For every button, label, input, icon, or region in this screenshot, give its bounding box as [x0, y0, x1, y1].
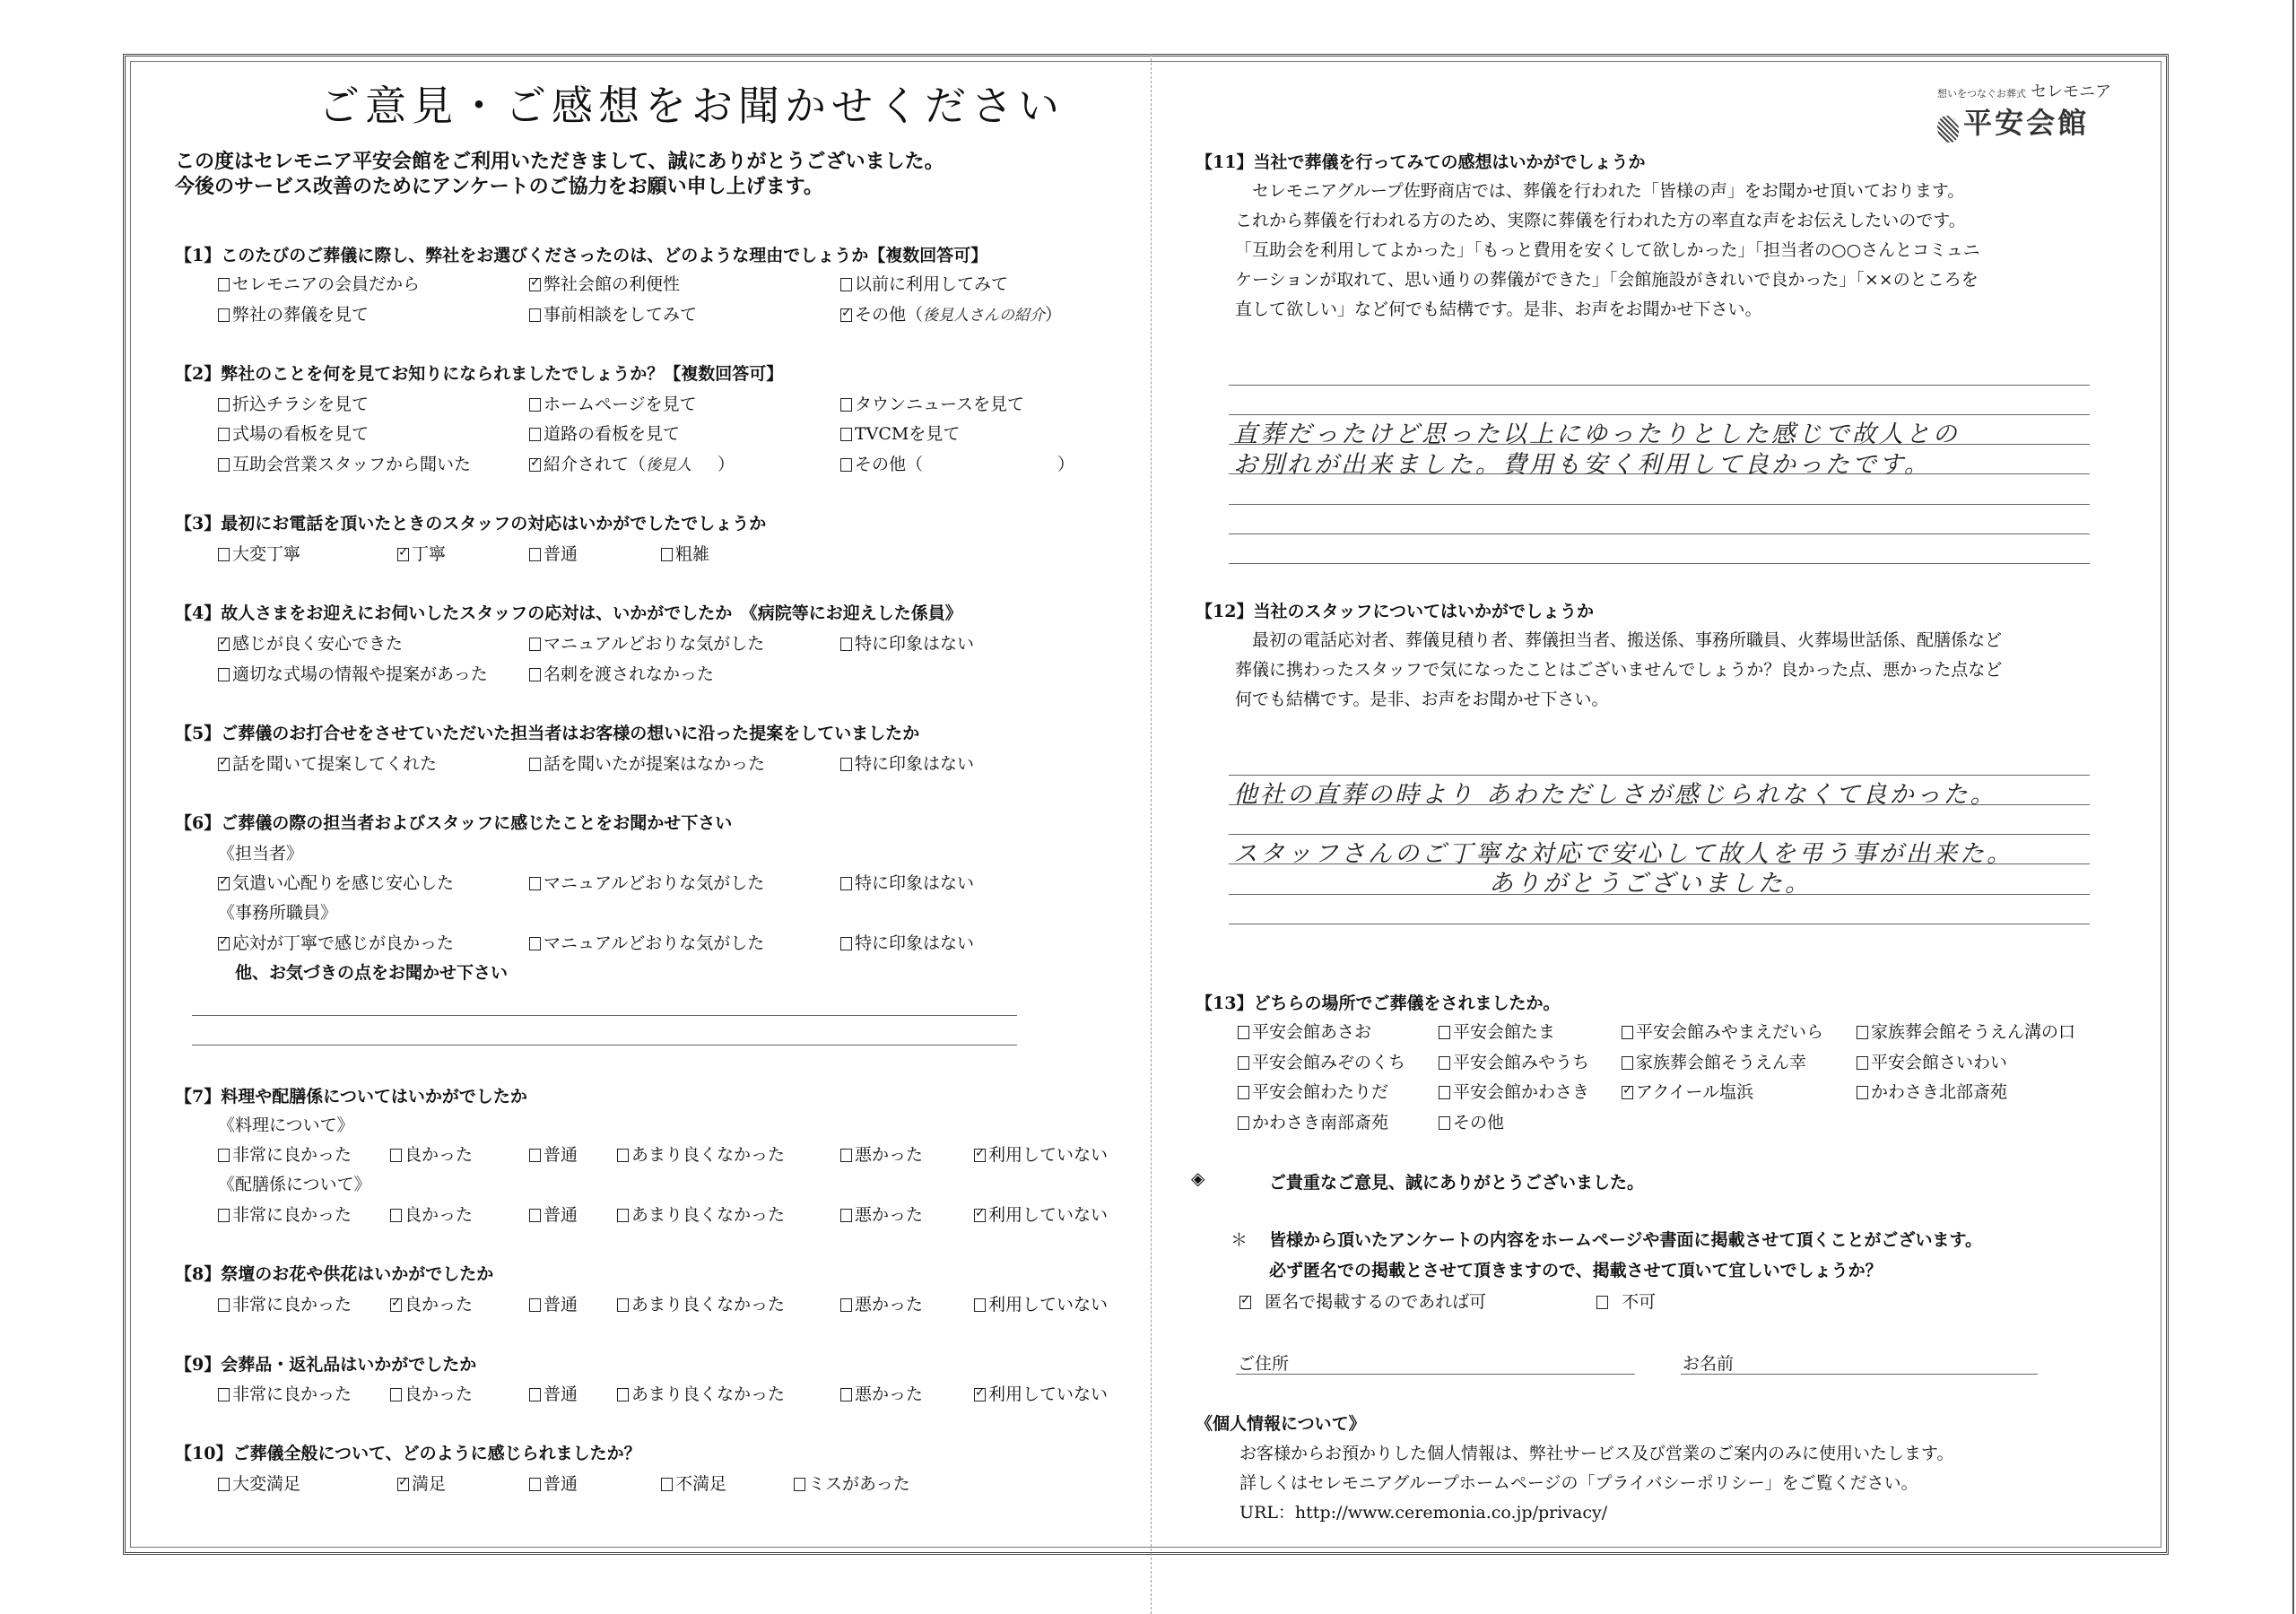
- q2-option-referral[interactable]: 紹介されて（後見人）: [529, 451, 735, 475]
- q3-option[interactable]: 大変丁寧: [218, 541, 300, 565]
- checkbox-checked-icon[interactable]: [529, 278, 541, 291]
- diamond-bullet-icon: ◈: [1191, 1167, 1205, 1189]
- q9-option[interactable]: 悪かった: [840, 1381, 923, 1405]
- q6-other-prompt: 他、お気づきの点をお聞かせ下さい: [235, 959, 508, 984]
- checkbox-icon[interactable]: [840, 1149, 852, 1162]
- checkbox-icon[interactable]: [390, 1388, 402, 1401]
- checkbox-icon[interactable]: [1238, 1026, 1249, 1039]
- q12-answer-line[interactable]: [1229, 924, 2090, 924]
- q1-heading: 【1】このたびのご葬儀に際し、弊社をお選びくださったのは、どのような理由でしょう…: [175, 242, 987, 266]
- q8-option[interactable]: 利用していない: [974, 1291, 1108, 1315]
- checkbox-icon[interactable]: [218, 668, 230, 681]
- q13-option[interactable]: 家族葬会館そうえん幸: [1622, 1049, 1806, 1073]
- q10-heading: 【10】ご葬儀全般について、どのように感じられましたか？: [175, 1440, 641, 1464]
- checkbox-icon[interactable]: [529, 937, 541, 950]
- q11-answer-line[interactable]: [1229, 385, 2090, 386]
- checkbox-icon[interactable]: [617, 1298, 629, 1312]
- q7-option[interactable]: 非常に良かった: [218, 1202, 352, 1226]
- q4-option[interactable]: 感じが良く安心できた: [218, 630, 403, 655]
- q7-option[interactable]: 利用していない: [974, 1202, 1108, 1226]
- q7-option[interactable]: 悪かった: [840, 1141, 923, 1166]
- checkbox-icon[interactable]: [1857, 1086, 1868, 1099]
- privacy-heading: 《個人情報について》: [1196, 1410, 1366, 1435]
- logo-name: 平安会館: [1963, 106, 2089, 140]
- q9-option[interactable]: 非常に良かった: [218, 1381, 352, 1405]
- q7-option[interactable]: 良かった: [390, 1202, 473, 1226]
- q7-option[interactable]: あまり良くなかった: [617, 1202, 785, 1226]
- privacy-line-1: お客様からお預かりした個人情報は、弊社サービス及び営業のご案内のみに使用いたしま…: [1239, 1440, 1953, 1464]
- checkbox-icon[interactable]: [840, 877, 852, 890]
- checkbox-icon[interactable]: [529, 428, 541, 441]
- publish-consent-line-2: 必ず匿名での掲載とさせて頂きますので、掲載させて頂いて宜しいでしょうか？: [1269, 1257, 1883, 1281]
- q9-option[interactable]: あまり良くなかった: [617, 1381, 785, 1405]
- checkbox-icon[interactable]: [840, 937, 852, 950]
- q7-option[interactable]: あまり良くなかった: [617, 1141, 785, 1166]
- q13-option[interactable]: 平安会館さいわい: [1857, 1049, 2007, 1073]
- address-field[interactable]: [1236, 1374, 1635, 1375]
- checkbox-icon[interactable]: [529, 758, 541, 771]
- q6-option[interactable]: 特に印象はない: [840, 930, 974, 954]
- q6-option[interactable]: マニュアルどおりな気がした: [529, 870, 764, 894]
- checkbox-checked-icon[interactable]: [218, 877, 230, 890]
- page-fold-line: [1151, 54, 1152, 1614]
- q10-option[interactable]: 不満足: [661, 1471, 726, 1495]
- q8-option[interactable]: 普通: [529, 1291, 578, 1315]
- q2-option[interactable]: 互助会営業スタッフから聞いた: [218, 451, 471, 475]
- checkbox-icon[interactable]: [840, 1388, 852, 1401]
- checkbox-checked-icon[interactable]: [840, 308, 852, 322]
- checkbox-icon[interactable]: [218, 308, 230, 322]
- checkbox-checked-icon[interactable]: [218, 937, 230, 950]
- q6-answer-line[interactable]: [192, 1015, 1017, 1016]
- publish-option-refuse[interactable]: 不可: [1596, 1289, 1656, 1313]
- q11-heading: 【11】当社で葬儀を行ってみての感想はいかがでしょうか: [1196, 149, 1645, 173]
- checkbox-checked-icon[interactable]: [974, 1209, 986, 1222]
- q2-option[interactable]: 式場の看板を見て: [218, 421, 369, 445]
- q13-option[interactable]: かわさき南部斎苑: [1238, 1109, 1388, 1133]
- intro-line-2: 今後のサービス改善のためにアンケートのご協力をお願い申し上げます。: [175, 173, 823, 200]
- asterisk-icon: ＊: [1231, 1227, 1248, 1251]
- checkbox-icon[interactable]: [529, 398, 541, 412]
- checkbox-checked-icon[interactable]: [390, 1298, 402, 1312]
- q6-option[interactable]: 特に印象はない: [840, 870, 974, 894]
- q5-option[interactable]: 特に印象はない: [840, 751, 974, 775]
- checkbox-icon[interactable]: [529, 308, 541, 322]
- q7-option[interactable]: 悪かった: [840, 1202, 923, 1226]
- checkbox-icon[interactable]: [529, 638, 541, 651]
- checkbox-icon[interactable]: [218, 1298, 230, 1312]
- q8-option[interactable]: 非常に良かった: [218, 1291, 352, 1315]
- checkbox-checked-icon[interactable]: [1239, 1296, 1251, 1309]
- checkbox-icon[interactable]: [218, 1478, 230, 1491]
- q11-handwritten-answer[interactable]: お別れが出来ました。費用も安く利用して良かったです。: [1233, 445, 1931, 480]
- checkbox-checked-icon[interactable]: [218, 638, 230, 651]
- q6-answer-line[interactable]: [192, 1045, 1017, 1046]
- name-label: お名前: [1683, 1350, 1734, 1375]
- page-title: ご意見・ご感想をお聞かせください: [318, 74, 1065, 133]
- q9-option[interactable]: 良かった: [390, 1381, 473, 1405]
- q13-option[interactable]: アクイール塩浜: [1622, 1079, 1753, 1103]
- q6-option[interactable]: 応対が丁寧で感じが良かった: [218, 930, 454, 954]
- q4-option[interactable]: 適切な式場の情報や提案があった: [218, 661, 488, 685]
- checkbox-icon[interactable]: [1857, 1056, 1868, 1070]
- q12-body-line: 葬儀に携わったスタッフで気になったことはございませんでしょうか？良かった点、悪か…: [1235, 655, 2002, 685]
- checkbox-icon[interactable]: [1622, 1026, 1633, 1039]
- q13-option[interactable]: 平安会館みやまえだいら: [1622, 1019, 1823, 1043]
- q13-heading: 【13】どちらの場所でご葬儀をされましたか。: [1196, 990, 1560, 1014]
- q6-heading: 【6】ご葬儀の際の担当者およびスタッフに感じたことをお聞かせ下さい: [175, 810, 732, 834]
- name-field[interactable]: [1681, 1374, 2038, 1375]
- checkbox-icon[interactable]: [1238, 1056, 1249, 1070]
- q5-option[interactable]: 話を聞いたが提案はなかった: [529, 751, 765, 775]
- q12-body-line: 最初の電話応対者、葬儀見積り者、葬儀担当者、搬送係、事務所職員、火葬場世話係、配…: [1252, 625, 2002, 655]
- q2-option[interactable]: タウンニュースを見て: [840, 391, 1024, 415]
- q13-option[interactable]: その他: [1439, 1109, 1504, 1133]
- checkbox-icon[interactable]: [529, 1209, 541, 1222]
- q1-option[interactable]: 以前に利用してみて: [840, 271, 1008, 295]
- q6-option[interactable]: 気遣い心配りを感じ安心した: [218, 870, 454, 894]
- q2-option[interactable]: TVCMを見て: [840, 421, 960, 445]
- q8-option[interactable]: あまり良くなかった: [617, 1291, 785, 1315]
- q2-referral-handwritten[interactable]: 後見人: [646, 452, 717, 474]
- q6-option[interactable]: マニュアルどおりな気がした: [529, 930, 764, 954]
- checkbox-icon[interactable]: [390, 1149, 402, 1162]
- checkbox-icon[interactable]: [1439, 1086, 1450, 1099]
- checkbox-icon[interactable]: [1238, 1086, 1249, 1099]
- checkbox-icon[interactable]: [529, 1388, 541, 1401]
- q1-option[interactable]: 弊社の葬儀を見て: [218, 301, 369, 325]
- checkbox-checked-icon[interactable]: [397, 548, 409, 561]
- checkbox-icon[interactable]: [1439, 1056, 1450, 1070]
- checkbox-icon[interactable]: [390, 1209, 402, 1222]
- checkbox-icon[interactable]: [840, 458, 852, 472]
- logo-main-row: 平安会館: [1937, 100, 2089, 143]
- checkbox-checked-icon[interactable]: [218, 758, 230, 771]
- q11-body-line: これから葬儀を行われる方のため、実際に葬儀を行われた方の率直な声をお伝えしたいの…: [1235, 205, 1966, 236]
- checkbox-icon[interactable]: [1439, 1116, 1450, 1130]
- q1-option-other[interactable]: その他（後見人さんの紹介）: [840, 301, 1062, 325]
- checkbox-icon[interactable]: [840, 398, 852, 412]
- q3-option[interactable]: 丁寧: [397, 541, 446, 565]
- q7-heading: 【7】料理や配膳係についてはいかがでしたか: [175, 1083, 527, 1107]
- checkbox-icon[interactable]: [794, 1478, 805, 1491]
- closing-thanks: ご貴重なご意見、誠にありがとうございました。: [1269, 1169, 1644, 1193]
- q13-option[interactable]: 平安会館みやうち: [1439, 1049, 1589, 1073]
- checkbox-icon[interactable]: [617, 1388, 629, 1401]
- q10-option[interactable]: 大変満足: [218, 1471, 300, 1495]
- scan-edge: [2292, 0, 2294, 1614]
- checkbox-icon[interactable]: [218, 458, 230, 472]
- q13-option[interactable]: 平安会館あさお: [1238, 1019, 1371, 1043]
- q11-answer-line[interactable]: [1229, 534, 2090, 534]
- q10-option[interactable]: 満足: [397, 1471, 446, 1495]
- q5-heading: 【5】ご葬儀のお打合せをさせていただいた担当者はお客様の想いに沿った提案をしてい…: [175, 720, 919, 744]
- privacy-line-2: 詳しくはセレモニアグループホームページの「プライバシーポリシー」をご覧ください。: [1239, 1470, 1918, 1494]
- q12-handwritten-answer[interactable]: ありがとうございました。: [1489, 863, 1812, 898]
- q7-option[interactable]: 普通: [529, 1141, 578, 1166]
- q7-option[interactable]: 利用していない: [974, 1141, 1108, 1166]
- checkbox-icon[interactable]: [529, 877, 541, 890]
- logo-mark-icon: [1937, 116, 1959, 143]
- q3-option[interactable]: 普通: [529, 541, 578, 565]
- checkbox-icon[interactable]: [661, 548, 673, 561]
- checkbox-icon[interactable]: [840, 1298, 852, 1312]
- checkbox-icon[interactable]: [218, 1388, 230, 1401]
- privacy-url-link[interactable]: URL：http://www.ceremonia.co.jp/privacy/: [1239, 1499, 1607, 1523]
- checkbox-checked-icon[interactable]: [1622, 1086, 1633, 1099]
- checkbox-icon[interactable]: [840, 758, 852, 771]
- checkbox-icon[interactable]: [1238, 1116, 1249, 1130]
- address-label: ご住所: [1238, 1350, 1289, 1375]
- q2-option-other[interactable]: その他（）: [840, 451, 1074, 475]
- checkbox-icon[interactable]: [529, 1298, 541, 1312]
- q2-option[interactable]: 折込チラシを見て: [218, 391, 369, 415]
- q7-option[interactable]: 普通: [529, 1202, 578, 1226]
- q6-group2-label: 《事務所職員》: [218, 899, 337, 924]
- q1-option[interactable]: 事前相談をしてみて: [529, 301, 697, 325]
- checkbox-checked-icon[interactable]: [529, 458, 541, 472]
- checkbox-icon[interactable]: [974, 1298, 986, 1312]
- checkbox-icon[interactable]: [529, 668, 541, 681]
- q7-group1-label: 《料理について》: [218, 1112, 354, 1136]
- q1-option[interactable]: セレモニアの会員だから: [218, 271, 420, 295]
- checkbox-checked-icon[interactable]: [974, 1388, 986, 1401]
- checkbox-icon[interactable]: [529, 1478, 541, 1491]
- q2-option[interactable]: 道路の看板を見て: [529, 421, 680, 445]
- q12-heading: 【12】当社のスタッフについてはいかがでしょうか: [1196, 598, 1594, 622]
- checkbox-icon[interactable]: [218, 428, 230, 441]
- checkbox-icon[interactable]: [840, 278, 852, 291]
- publish-consent-line-1: 皆様から頂いたアンケートの内容をホームページや書面に掲載させて頂くことがございま…: [1269, 1227, 1982, 1251]
- logo-tagline: 想いをつなぐお葬式: [1937, 88, 2026, 100]
- checkbox-icon[interactable]: [617, 1149, 629, 1162]
- q13-option[interactable]: かわさき北部斎苑: [1857, 1079, 2007, 1103]
- checkbox-icon[interactable]: [218, 1209, 230, 1222]
- logo: 想いをつなぐお葬式 セレモニア: [1937, 79, 2111, 102]
- q3-option[interactable]: 粗雑: [661, 541, 709, 565]
- q11-body-line: 「互助会を利用してよかった」「もっと費用を安くして欲しかった」「担当者の○○さん…: [1235, 235, 1980, 265]
- checkbox-icon[interactable]: [1857, 1026, 1868, 1039]
- q10-option[interactable]: 普通: [529, 1471, 578, 1495]
- checkbox-checked-icon[interactable]: [974, 1149, 986, 1162]
- q13-option[interactable]: 平安会館みぞのくち: [1238, 1049, 1405, 1073]
- logo-brand: セレモニア: [2031, 82, 2111, 101]
- checkbox-icon[interactable]: [661, 1478, 673, 1491]
- checkbox-checked-icon[interactable]: [397, 1478, 409, 1491]
- q9-option[interactable]: 利用していない: [974, 1381, 1108, 1405]
- checkbox-icon[interactable]: [218, 398, 230, 412]
- q2-option[interactable]: ホームページを見て: [529, 391, 697, 415]
- checkbox-icon[interactable]: [1596, 1296, 1608, 1309]
- q11-body-line: セレモニアグループ佐野商店では、葬儀を行われた「皆様の声」をお聞かせ頂いておりま…: [1252, 176, 1964, 206]
- q11-answer-line[interactable]: [1229, 563, 2090, 564]
- q2-heading: 【2】弊社のことを何を見てお知りになられましたでしょうか？【複数回答可】: [175, 360, 783, 385]
- q10-option[interactable]: ミスがあった: [794, 1471, 910, 1495]
- q13-option[interactable]: 平安会館わたりだ: [1238, 1079, 1388, 1103]
- checkbox-icon[interactable]: [1622, 1056, 1633, 1070]
- checkbox-icon[interactable]: [840, 638, 852, 651]
- checkbox-icon[interactable]: [840, 1209, 852, 1222]
- q8-heading: 【8】祭壇のお花や供花はいかがでしたか: [175, 1261, 493, 1285]
- checkbox-icon[interactable]: [617, 1209, 629, 1222]
- q11-body-line: 直して欲しい」など何でも結構です。是非、お声をお聞かせ下さい。: [1235, 294, 1761, 325]
- q9-heading: 【9】会葬品・返礼品はいかがでしたか: [175, 1351, 476, 1375]
- checkbox-icon[interactable]: [840, 428, 852, 441]
- q13-option[interactable]: 平安会館たま: [1439, 1019, 1555, 1043]
- q12-body-line: 何でも結構です。是非、お声をお聞かせ下さい。: [1235, 684, 1608, 715]
- q7-option[interactable]: 良かった: [390, 1141, 473, 1166]
- q13-option[interactable]: 家族葬会館そうえん溝の口: [1857, 1019, 2075, 1043]
- checkbox-icon[interactable]: [529, 548, 541, 561]
- q13-option[interactable]: 平安会館かわさき: [1439, 1079, 1589, 1103]
- q8-option[interactable]: 良かった: [390, 1291, 473, 1315]
- q4-option[interactable]: 特に印象はない: [840, 630, 974, 655]
- q6-group1-label: 《担当者》: [218, 840, 303, 864]
- q11-answer-line[interactable]: [1229, 504, 2090, 505]
- checkbox-icon[interactable]: [218, 548, 230, 561]
- intro-line-1: この度はセレモニア平安会館をご利用いただきまして、誠にありがとうございました。: [175, 148, 944, 175]
- q7-option[interactable]: 非常に良かった: [218, 1141, 352, 1166]
- q1-other-handwritten[interactable]: 後見人さんの紹介: [923, 307, 1045, 325]
- checkbox-icon[interactable]: [218, 1149, 230, 1162]
- q9-option[interactable]: 普通: [529, 1381, 578, 1405]
- q7-group2-label: 《配膳係について》: [218, 1171, 371, 1195]
- checkbox-icon[interactable]: [1439, 1026, 1450, 1039]
- q1-option[interactable]: 弊社会館の利便性: [529, 271, 680, 295]
- q11-body-line: ケーションが取れて、思い通りの葬儀ができた」「会館施設がきれいで良かった」「××…: [1235, 265, 1979, 295]
- q4-heading: 【4】故人さまをお迎えにお伺いしたスタッフの応対は、いかがでしたか 《病院等にお…: [175, 600, 962, 624]
- checkbox-icon[interactable]: [218, 278, 230, 291]
- q4-option[interactable]: マニュアルどおりな気がした: [529, 630, 764, 655]
- q3-heading: 【3】最初にお電話を頂いたときのスタッフの対応はいかがでしたでしょうか: [175, 510, 766, 534]
- q4-option[interactable]: 名刺を渡されなかった: [529, 661, 714, 685]
- q8-option[interactable]: 悪かった: [840, 1291, 923, 1315]
- q12-handwritten-answer[interactable]: 他社の直葬の時より あわただしさが感じられなくて良かった。: [1233, 775, 1997, 810]
- publish-option-anonymous[interactable]: 匿名で掲載するのであれば可: [1239, 1289, 1486, 1313]
- q5-option[interactable]: 話を聞いて提案してくれた: [218, 751, 437, 775]
- checkbox-icon[interactable]: [529, 1149, 541, 1162]
